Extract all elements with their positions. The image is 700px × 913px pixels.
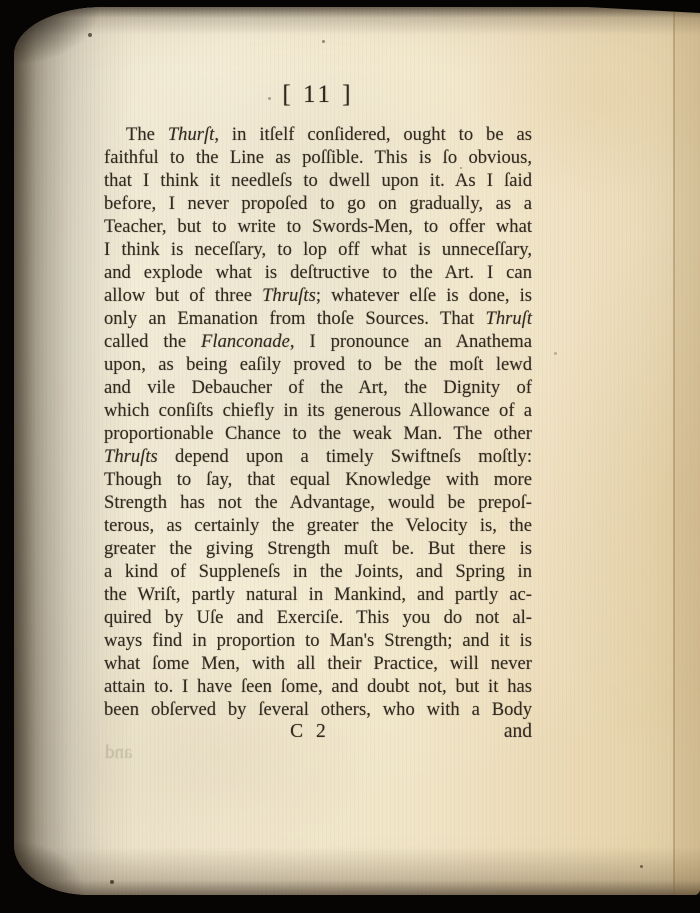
page-edge-shadow xyxy=(14,7,700,895)
text-block: The Thurſt, in itſelf conſidered, ought … xyxy=(104,123,532,721)
text-line: terous, as certainly the greater the Vel… xyxy=(104,514,532,537)
text-line: that I think it needleſs to dwell upon i… xyxy=(104,169,532,192)
text-segment: quired by Uſe and Exerciſe. This you do … xyxy=(104,607,532,628)
text-segment: only an Emanation from thoſe Sources. Th… xyxy=(104,308,485,329)
text-segment: , I pronounce an Anathema xyxy=(290,331,532,352)
text-segment: Thurſt xyxy=(168,124,215,145)
text-segment: the Wriſt, partly natural in Mankind, an… xyxy=(104,584,532,605)
signature-mark: C 2 xyxy=(104,721,516,743)
text-segment: , in itſelf conſidered, ought to be as xyxy=(214,124,532,145)
paper-speck xyxy=(554,352,557,355)
text-segment: which conſiſts chiefly in its generous A… xyxy=(104,400,532,421)
text-segment: Thruſts xyxy=(104,446,158,467)
text-segment: a kind of Suppleneſs in the Joints, and … xyxy=(104,561,532,582)
text-segment: what ſome Men, with all their Practice, … xyxy=(104,653,532,674)
text-line: greater the giving Strength muſt be. But… xyxy=(104,537,532,560)
text-line: attain to. I have ſeen ſome, and doubt n… xyxy=(104,675,532,698)
text-line: been obſerved by ſeveral others, who wit… xyxy=(104,698,532,721)
text-segment: greater the giving Strength muſt be. But… xyxy=(104,538,532,559)
paper-speck xyxy=(268,97,271,100)
text-line: upon, as being eaſily proved to be the m… xyxy=(104,353,532,376)
text-segment: Though to ſay, that equal Knowledge with… xyxy=(104,469,532,490)
text-segment: terous, as certainly the greater the Vel… xyxy=(104,515,532,536)
text-segment: called the xyxy=(104,331,201,352)
text-line: I think is neceſſary, to lop off what is… xyxy=(104,238,532,261)
text-segment: I think is neceſſary, to lop off what is… xyxy=(104,239,532,260)
text-segment: Teacher, but to write to Swords-Men, to … xyxy=(104,216,532,237)
text-segment: before, I never propoſed to go on gradua… xyxy=(104,193,532,214)
text-segment: Flanconade xyxy=(201,331,290,352)
paper-texture xyxy=(14,7,700,895)
text-segment: Strength has not the Advantage, would be… xyxy=(104,492,532,513)
text-line: which conſiſts chiefly in its generous A… xyxy=(104,399,532,422)
text-segment: been obſerved by ſeveral others, who wit… xyxy=(104,699,532,720)
text-segment: Thruſt xyxy=(485,308,532,329)
book-page: [ 11 ] The Thurſt, in itſelf conſidered,… xyxy=(14,7,700,895)
text-line: Teacher, but to write to Swords-Men, to … xyxy=(104,215,532,238)
text-line: faithful to the Line as poſſible. This i… xyxy=(104,146,532,169)
paper-speck xyxy=(322,40,325,43)
paper-speck xyxy=(460,167,462,169)
underlying-pages-edge xyxy=(675,7,700,895)
text-line: Though to ſay, that equal Knowledge with… xyxy=(104,468,532,491)
text-line: quired by Uſe and Exerciſe. This you do … xyxy=(104,606,532,629)
text-segment: The xyxy=(126,124,168,145)
book-scan: [ 11 ] The Thurſt, in itſelf conſidered,… xyxy=(0,0,700,913)
paper-speck xyxy=(640,865,643,868)
text-line: and explode what is deſtructive to the A… xyxy=(104,261,532,284)
text-segment: that I think it needleſs to dwell upon i… xyxy=(104,170,532,191)
signature-row: C 2 and xyxy=(104,721,532,745)
text-line: allow but of three Thruſts; whatever elſ… xyxy=(104,284,532,307)
text-line: Strength has not the Advantage, would be… xyxy=(104,491,532,514)
text-segment: and vile Debaucher of the Art, the Digni… xyxy=(104,377,532,398)
page-number: [ 11 ] xyxy=(104,81,532,109)
text-segment: and explode what is deſtructive to the A… xyxy=(104,262,532,283)
text-line: proportionable Chance to the weak Man. T… xyxy=(104,422,532,445)
text-line: The Thurſt, in itſelf conſidered, ought … xyxy=(104,123,532,146)
text-segment: upon, as being eaſily proved to be the m… xyxy=(104,354,532,375)
text-segment: faithful to the Line as poſſible. This i… xyxy=(104,147,532,168)
text-line: a kind of Suppleneſs in the Joints, and … xyxy=(104,560,532,583)
text-segment: ways find in proportion to Man's Strengt… xyxy=(104,630,532,651)
text-line: what ſome Men, with all their Practice, … xyxy=(104,652,532,675)
text-line: only an Emanation from thoſe Sources. Th… xyxy=(104,307,532,330)
text-line: the Wriſt, partly natural in Mankind, an… xyxy=(104,583,532,606)
text-segment: depend upon a timely Swiftneſs moſtly: xyxy=(158,446,532,467)
text-segment: allow but of three xyxy=(104,285,262,306)
show-through-text: and xyxy=(105,742,132,764)
page-fore-edge-line xyxy=(673,7,675,895)
text-segment: attain to. I have ſeen ſome, and doubt n… xyxy=(104,676,532,697)
text-line: called the Flanconade, I pronounce an An… xyxy=(104,330,532,353)
text-segment: Thruſts xyxy=(262,285,316,306)
paper-speck xyxy=(110,880,114,884)
text-line: ways find in proportion to Man's Strengt… xyxy=(104,629,532,652)
text-segment: ; whatever elſe is done, is xyxy=(316,285,532,306)
text-line: before, I never propoſed to go on gradua… xyxy=(104,192,532,215)
paper-speck xyxy=(88,33,92,37)
text-segment: proportionable Chance to the weak Man. T… xyxy=(104,423,532,444)
catchword: and xyxy=(504,721,532,743)
text-line: Thruſts depend upon a timely Swiftneſs m… xyxy=(104,445,532,468)
text-line: and vile Debaucher of the Art, the Digni… xyxy=(104,376,532,399)
